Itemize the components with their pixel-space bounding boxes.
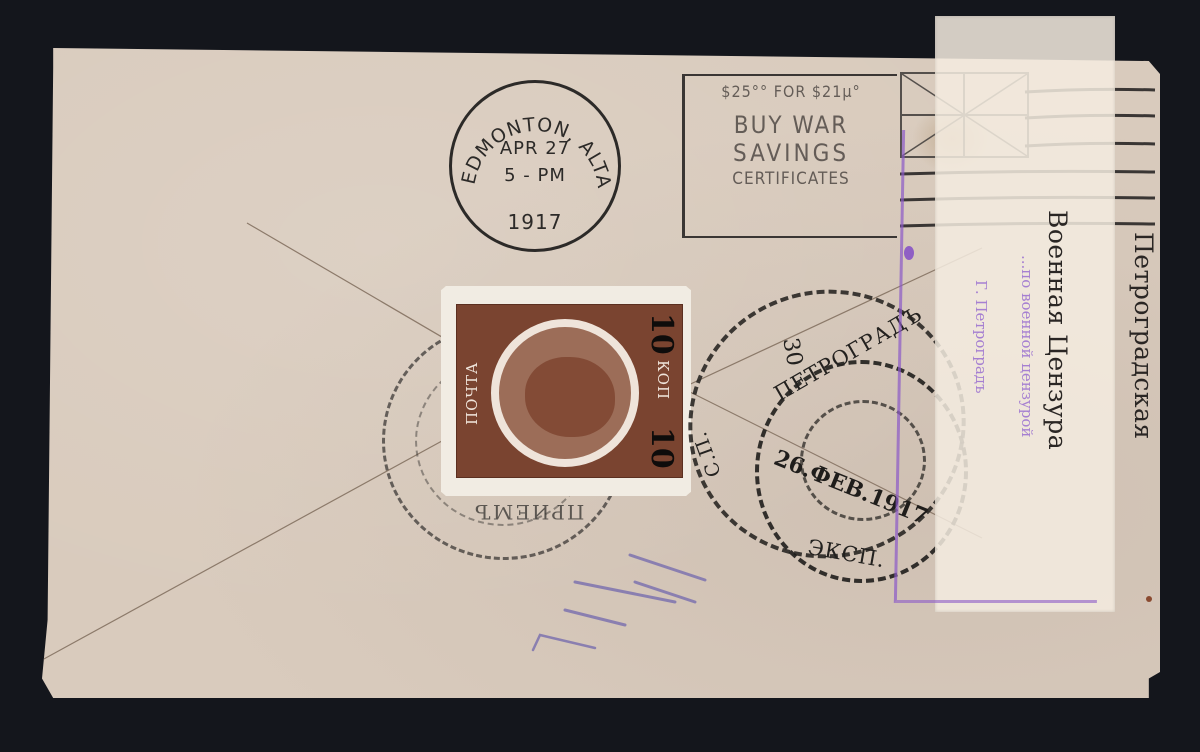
stamp-portrait-oval: [491, 319, 639, 467]
stamp-frame: ПОЧТА КОП 10 10: [456, 304, 683, 478]
edmonton-receiving-postmark: EDMONTON, ALTA APR 27 5 - PM 1917: [449, 80, 621, 252]
slogan-line-4: CERTIFICATES: [685, 169, 897, 189]
pencil-notation: [515, 540, 715, 660]
transit-postmark-text: ПРИЕМЪ: [473, 500, 584, 524]
slogan-line-1: $25°° FOR $21µ°: [685, 82, 897, 101]
censor-violet-handstamp-frame: [894, 130, 1105, 603]
censor-label-line-1: Петроградская: [1129, 232, 1158, 440]
romanov-postage-stamp: ПОЧТА КОП 10 10: [441, 286, 691, 496]
censor-handstamp-line-1: ...по военной цензурой: [1018, 255, 1036, 437]
brown-spot: [1146, 596, 1152, 602]
stamp-denomination-text: КОП: [654, 360, 672, 400]
stamp-country-text: ПОЧТА: [463, 362, 481, 425]
censor-handstamp-line-2: Г. Петроградъ: [972, 280, 990, 394]
postmark-time: 5 - PM: [452, 165, 618, 186]
slogan-line-3: SAVINGS: [685, 139, 897, 167]
slogan-machine-cancel: $25°° FOR $21µ° BUY WAR SAVINGS CERTIFIC…: [682, 74, 897, 238]
postmark-year: 1917: [452, 210, 618, 234]
outer-postmark-day: 30: [777, 336, 806, 368]
postmark-date: APR 27: [452, 138, 618, 159]
violet-ink-spot: [904, 246, 914, 260]
portrait-icon: [525, 357, 615, 437]
stamp-value-bottom: 10: [644, 427, 679, 469]
slogan-line-2: BUY WAR: [685, 111, 897, 139]
censor-label-line-2: Военная Цензура: [1043, 210, 1072, 450]
stamp-value-top: 10: [644, 313, 679, 355]
